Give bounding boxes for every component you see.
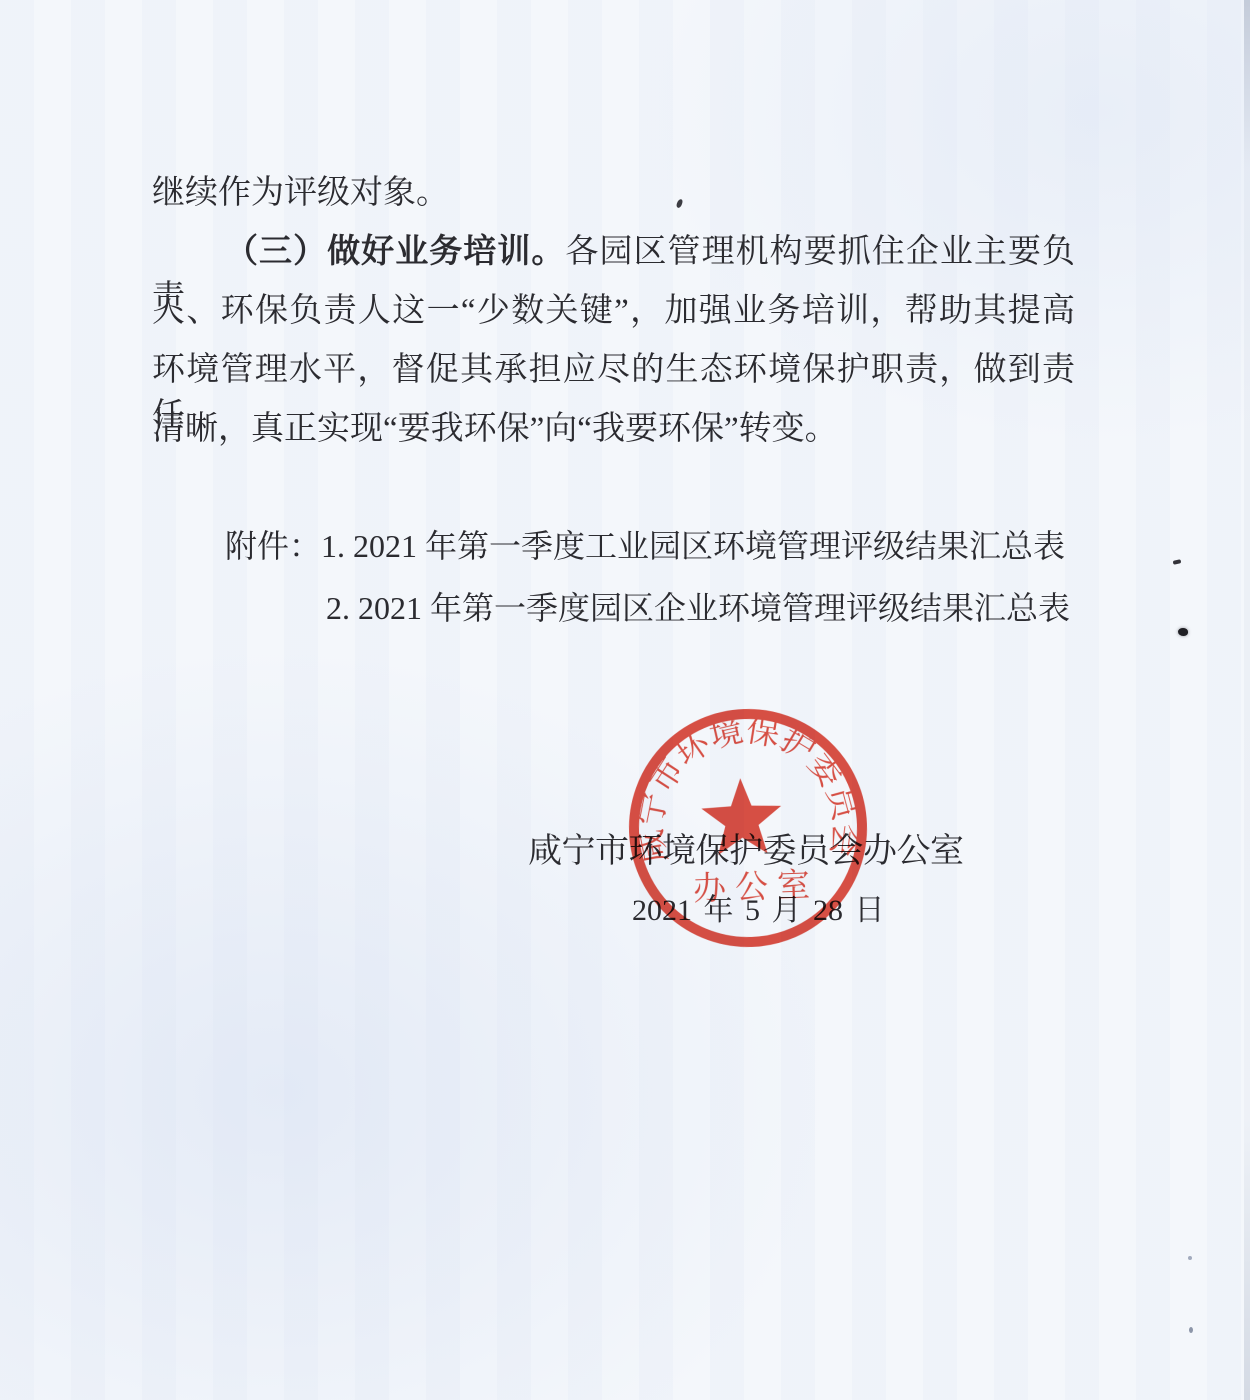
seal-ring-text-container: 咸宁市环境保护委员会 (628, 708, 865, 866)
attachment-item-1: 附件：1. 2021 年第一季度工业园区环境管理评级结果汇总表 (225, 524, 1065, 568)
body-line-3: 人、环保负责人这一“少数关键”，加强业务培训，帮助其提高 (152, 288, 1075, 334)
body-line-1: 继续作为评级对象。 (152, 170, 1075, 216)
official-seal-stamp: 咸宁市环境保护委员会 办公室 (622, 702, 874, 954)
paragraph-heading-bold: （三）做好业务培训。 (225, 234, 565, 270)
scan-edge-shadow (1244, 0, 1250, 1400)
seal-ring-text: 咸宁市环境保护委员会 (628, 708, 865, 866)
scanned-document-page: 继续作为评级对象。 （三）做好业务培训。各园区管理机构要抓住企业主要负责 人、环… (0, 0, 1250, 1400)
ink-speck (1188, 1256, 1192, 1260)
ink-speck (1178, 628, 1188, 636)
seal-bottom-text: 办公室 (692, 867, 819, 908)
body-line-5: 清晰，真正实现“要我环保”向“我要环保”转变。 (152, 406, 1075, 452)
ink-speck (1189, 1327, 1193, 1333)
attachment-item-2: 2. 2021 年第一季度园区企业环境管理评级结果汇总表 (326, 586, 1070, 630)
ink-speck (1173, 559, 1182, 565)
star-icon (700, 777, 782, 856)
